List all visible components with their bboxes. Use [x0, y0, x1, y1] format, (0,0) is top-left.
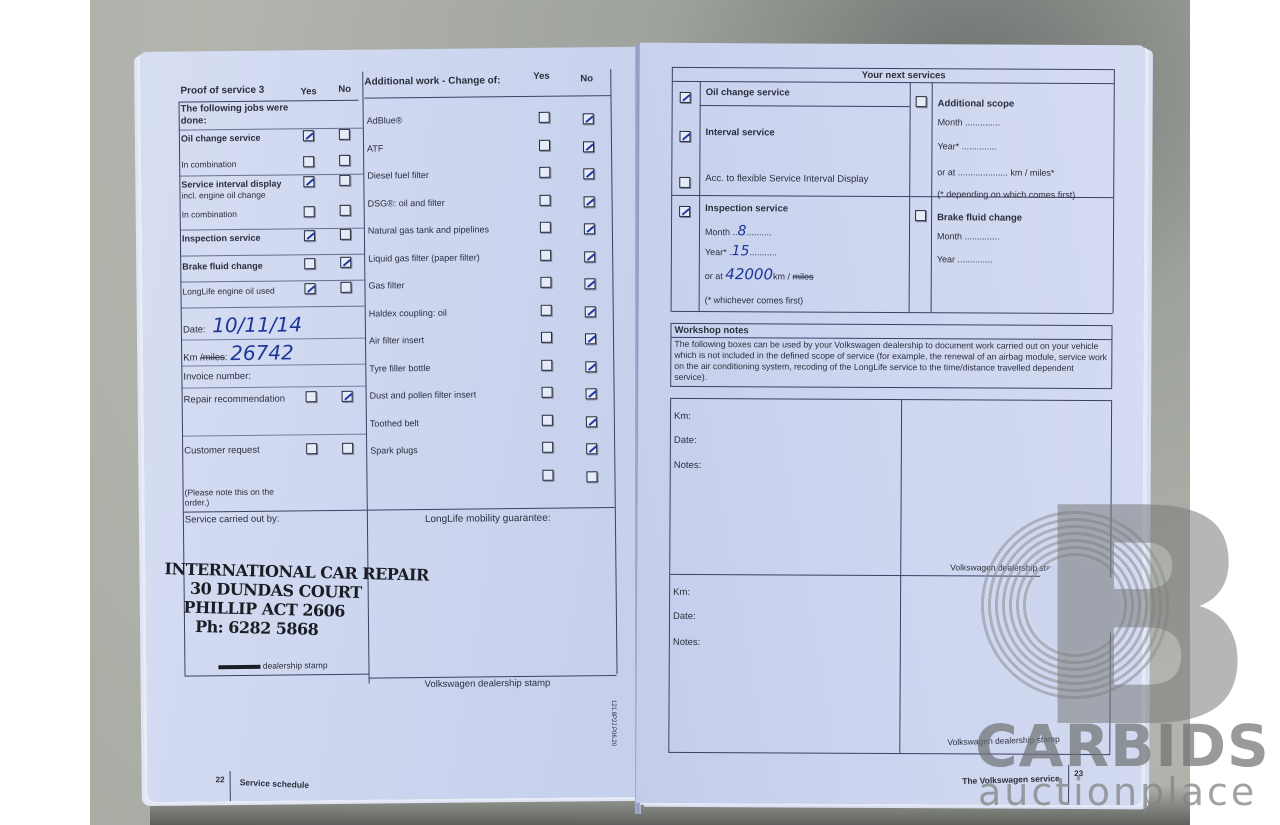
- divider: [180, 254, 364, 257]
- notes2-notes[interactable]: Notes:: [673, 637, 701, 648]
- additional-no-checkbox[interactable]: [583, 113, 594, 124]
- job-no-checkbox[interactable]: [339, 175, 350, 186]
- additional-no-checkbox[interactable]: [585, 361, 596, 372]
- dealer-stamp-left: dealership stamp: [218, 660, 327, 671]
- brake-year: Year ..............: [937, 254, 993, 264]
- additional-yes-checkbox[interactable]: [541, 359, 552, 370]
- date-value[interactable]: 10/11/14: [212, 312, 302, 337]
- customer-no-checkbox[interactable]: [342, 443, 353, 454]
- additional-no-checkbox[interactable]: [585, 333, 596, 344]
- km-value[interactable]: 26742: [230, 340, 294, 365]
- photo-background: Proof of service 3 Yes No Additional wor…: [90, 0, 1190, 825]
- footer-title-left: Service schedule: [239, 777, 309, 790]
- additional-yes-checkbox[interactable]: [540, 194, 551, 205]
- customer-label: Customer request: [184, 445, 260, 457]
- additional-no-checkbox[interactable]: [583, 141, 594, 152]
- additional-scope-label: Additional scope: [938, 98, 1015, 109]
- inspection-km-value[interactable]: 42000: [725, 265, 773, 283]
- km-row: Km /miles: 26742: [183, 340, 294, 365]
- divider: [179, 174, 363, 177]
- additional-yes-checkbox[interactable]: [542, 442, 553, 453]
- additional-yes-checkbox[interactable]: [542, 414, 553, 425]
- oil-change-checkbox[interactable]: [680, 92, 691, 103]
- additional-item-label: Haldex coupling: oil: [369, 307, 447, 318]
- additional-item-label: DSG®: oil and filter: [368, 197, 445, 208]
- additional-no-checkbox[interactable]: [584, 223, 595, 234]
- job-no-checkbox[interactable]: [339, 155, 350, 166]
- job-yes-checkbox[interactable]: [304, 230, 315, 241]
- job-no-checkbox[interactable]: [340, 282, 351, 293]
- job-no-checkbox[interactable]: [340, 205, 351, 216]
- inspection-or-at: or at 42000km / miles: [705, 265, 814, 284]
- service-by-label: Service carried out by:: [185, 514, 280, 526]
- flexible-sid-checkbox[interactable]: [679, 177, 690, 188]
- col-yes-left: Yes: [300, 86, 317, 97]
- additional-yes-checkbox[interactable]: [541, 304, 552, 315]
- interval-checkbox[interactable]: [679, 131, 690, 142]
- additional-year: Year* ..............: [937, 141, 996, 151]
- additional-yes-checkbox[interactable]: [540, 222, 551, 233]
- proof-title: Proof of service 3: [180, 85, 264, 97]
- km-struck: /miles: [200, 352, 225, 363]
- job-label: In combination: [181, 159, 236, 170]
- brake-fluid-checkbox[interactable]: [915, 210, 926, 221]
- invoice-label: Invoice number:: [183, 371, 251, 383]
- divider: [180, 280, 364, 283]
- additional-yes-checkbox[interactable]: [539, 139, 550, 150]
- col-yes-right: Yes: [533, 71, 550, 82]
- date-label: Date:: [183, 324, 206, 335]
- notes1-km: Km:: [674, 411, 691, 422]
- additional-item-label: AdBlue®: [367, 115, 403, 125]
- job-label: LongLife engine oil used: [182, 286, 274, 297]
- additional-no-checkbox[interactable]: [584, 196, 595, 207]
- divider: [180, 228, 364, 231]
- interval-label: Interval service: [705, 127, 774, 138]
- inspection-month-value[interactable]: 8: [737, 223, 746, 239]
- job-yes-checkbox[interactable]: [303, 176, 314, 187]
- notes2-date: Date:: [673, 611, 696, 622]
- additional-yes-checkbox[interactable]: [541, 332, 552, 343]
- job-yes-checkbox[interactable]: [304, 283, 315, 294]
- km-label: Km: [183, 352, 197, 363]
- additional-or-at: or at .................... km / miles*: [937, 167, 1054, 178]
- additional-item-label: Diesel fuel filter: [367, 170, 429, 181]
- additional-note: (* depending on which comes first): [937, 189, 1075, 200]
- redacted-mark: [218, 665, 260, 669]
- additional-item-label: Liquid gas filter (paper filter): [368, 252, 480, 263]
- inspection-year-value[interactable]: 15: [732, 243, 750, 259]
- job-sublabel: incl. engine oil change: [181, 190, 265, 201]
- additional-yes-checkbox[interactable]: [542, 387, 553, 398]
- additional-yes-checkbox[interactable]: [542, 469, 553, 480]
- notes2-km: Km:: [673, 587, 690, 598]
- col-no-left: No: [338, 84, 351, 95]
- brake-month: Month ..............: [937, 231, 1000, 241]
- additional-yes-checkbox[interactable]: [540, 277, 551, 288]
- additional-yes-checkbox[interactable]: [539, 167, 550, 178]
- additional-no-checkbox[interactable]: [586, 471, 597, 482]
- job-label: Service interval display: [181, 179, 281, 190]
- miles-struck: miles: [793, 271, 814, 281]
- workshop-stamp: INTERNATIONAL CAR REPAIR 30 DUNDAS COURT…: [163, 559, 429, 641]
- oil-change-label: Oil change service: [706, 87, 790, 98]
- next-services-header: Your next services: [862, 70, 946, 81]
- additional-item-label: Toothed belt: [370, 418, 419, 429]
- additional-item-label: Dust and pollen filter insert: [370, 389, 477, 400]
- repair-label: Repair recommendation: [184, 394, 286, 406]
- jobs-header: The following jobs were done:: [181, 102, 291, 127]
- flexible-sid-label: Acc. to flexible Service Interval Displa…: [705, 173, 868, 185]
- watermark-sub: auctionplace: [978, 770, 1257, 814]
- additional-yes-checkbox[interactable]: [540, 249, 551, 260]
- inspection-label: Inspection service: [705, 203, 788, 214]
- additional-item-label: Tyre filler bottle: [369, 362, 430, 373]
- additional-item-label: Air filter insert: [369, 335, 424, 346]
- job-yes-checkbox[interactable]: [303, 156, 314, 167]
- additional-no-checkbox[interactable]: [584, 251, 595, 262]
- divider: [181, 306, 365, 309]
- job-label: In combination: [182, 209, 237, 220]
- additional-item-label: ATF: [367, 143, 383, 153]
- additional-header: Additional work - Change of:: [364, 75, 500, 87]
- notes1-date: Date:: [674, 435, 697, 446]
- notes1-notes[interactable]: Notes:: [674, 460, 702, 471]
- additional-no-checkbox[interactable]: [586, 416, 597, 427]
- col-no-right: No: [580, 73, 593, 84]
- job-no-checkbox[interactable]: [339, 129, 350, 140]
- page-number-left: 22: [216, 775, 225, 784]
- additional-no-checkbox[interactable]: [585, 306, 596, 317]
- mobility-label: LongLife mobility guarantee:: [425, 513, 551, 525]
- dealer-stamp-right: Volkswagen dealership stamp: [425, 678, 551, 690]
- additional-no-checkbox[interactable]: [583, 168, 594, 179]
- additional-no-checkbox[interactable]: [584, 278, 595, 289]
- watermark-letter: B: [1030, 505, 1259, 735]
- customer-yes-checkbox[interactable]: [306, 443, 317, 454]
- additional-yes-checkbox[interactable]: [539, 112, 550, 123]
- job-label: Inspection service: [182, 233, 261, 244]
- additional-item-label: Gas filter: [368, 280, 404, 290]
- left-page: Proof of service 3 Yes No Additional wor…: [140, 47, 653, 802]
- inspection-month: Month ..8..........: [705, 223, 772, 239]
- additional-scope-checkbox[interactable]: [916, 96, 927, 107]
- spine-code: 121.8P2J.P06.20: [610, 700, 616, 746]
- brake-fluid-label: Brake fluid change: [937, 212, 1022, 223]
- workshop-notes-text: The following boxes can be used by your …: [671, 338, 1111, 386]
- job-no-checkbox[interactable]: [340, 229, 351, 240]
- additional-month: Month ..............: [938, 117, 1001, 127]
- additional-item-label: Natural gas tank and pipelines: [368, 224, 489, 235]
- job-yes-checkbox[interactable]: [303, 130, 314, 141]
- date-row: Date: 10/11/14: [183, 312, 302, 337]
- divider: [179, 128, 363, 131]
- job-label: Oil change service: [181, 133, 261, 144]
- jobs-list: The following jobs were done:Oil change …: [140, 47, 645, 52]
- additional-no-checkbox[interactable]: [586, 443, 597, 454]
- customer-note: (Please note this on the order.): [185, 487, 275, 508]
- additional-no-checkbox[interactable]: [586, 388, 597, 399]
- job-yes-checkbox[interactable]: [304, 206, 315, 217]
- inspection-checkbox[interactable]: [679, 206, 690, 217]
- job-label: Brake fluid change: [182, 261, 263, 272]
- repair-no-checkbox[interactable]: [342, 391, 353, 402]
- job-no-checkbox[interactable]: [340, 257, 351, 268]
- repair-yes-checkbox[interactable]: [306, 391, 317, 402]
- inspection-note: (* whichever comes first): [705, 295, 804, 306]
- additional-work-list: AdBlue®ATFDiesel fuel filterDSG®: oil an…: [140, 47, 645, 52]
- additional-item-label: Spark plugs: [370, 445, 418, 455]
- workshop-notes-box: Workshop notes The following boxes can b…: [670, 323, 1112, 389]
- inspection-year: Year* .15...........: [705, 243, 777, 259]
- job-yes-checkbox[interactable]: [304, 258, 315, 269]
